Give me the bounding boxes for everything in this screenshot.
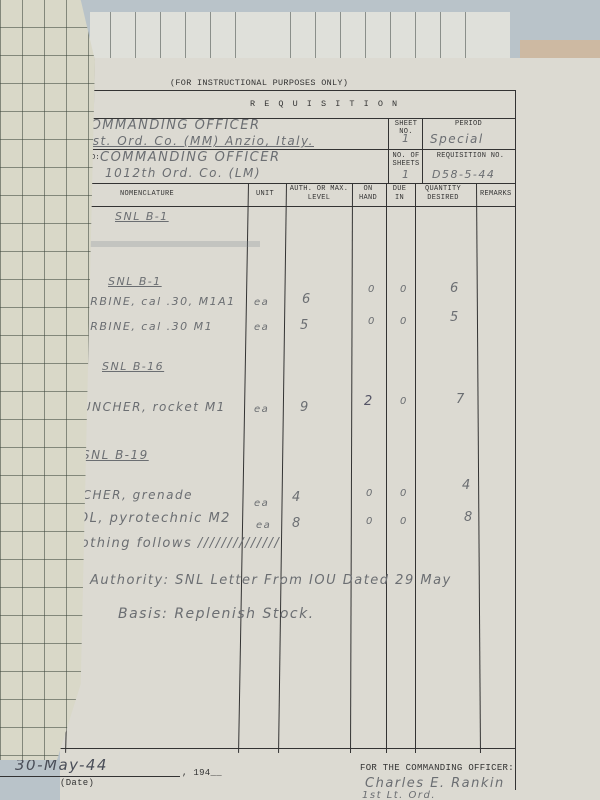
ship-to-line-2: 1012th Ord. Co. (LM) (105, 166, 261, 180)
section-heading: SNL B-16 (102, 360, 164, 373)
form-title: R E Q U I S I T I O N (250, 99, 399, 109)
basis-note: Basis: Replenish Stock. (118, 606, 315, 622)
requisition-no-value: D58-5-44 (432, 168, 495, 181)
sheet-no-value: 1 (402, 132, 411, 145)
col-unit: UNIT (256, 190, 274, 198)
signature-title: 1st Lt. Ord. (362, 790, 436, 800)
requisition-form: (FOR INSTRUCTIONAL PURPOSES ONLY) R E Q … (60, 58, 600, 800)
section-heading: SNL B-19 (82, 448, 149, 462)
header-note: (FOR INSTRUCTIONAL PURPOSES ONLY) (170, 78, 348, 88)
period-value: Special (430, 132, 484, 146)
signature-label: FOR THE COMMANDING OFFICER: (360, 763, 514, 773)
col-on-hand: ON HAND (353, 185, 383, 203)
authority-note: Authority: SNL Letter From IOU Dated 29 … (90, 573, 452, 588)
from-line-1: COMMANDING OFFICER (80, 118, 260, 133)
section-heading: SNL B-1 (115, 210, 169, 223)
col-auth-max-level: AUTH. OR MAX. LEVEL (288, 185, 350, 203)
date-year-prefix: , 194__ (182, 768, 222, 778)
erased-line (90, 241, 260, 247)
period-label: PERIOD (455, 120, 482, 128)
no-of-sheets-label: NO. OF SHEETS (391, 152, 421, 168)
graph-paper-sheet (0, 0, 95, 760)
col-due-in: DUE IN (387, 185, 412, 203)
ship-to-line-1: COMMANDING OFFICER (100, 150, 280, 165)
requisition-no-label: REQUISITION NO. (428, 152, 513, 160)
col-quantity-desired: QUANTITY DESIRED (413, 185, 473, 203)
from-line-2: 12 1st. Ord. Co. (MM) Anzio, Italy. (60, 134, 314, 148)
col-nomenclature: NOMENCLATURE (120, 190, 174, 198)
no-of-sheets-value: 1 (402, 168, 411, 181)
section-heading: SNL B-1 (108, 275, 162, 288)
signature-name: Charles E. Rankin (365, 776, 505, 791)
col-remarks: REMARKS (480, 190, 512, 198)
underlying-form-sheet (90, 12, 510, 62)
date-label: (Date) (60, 778, 94, 788)
